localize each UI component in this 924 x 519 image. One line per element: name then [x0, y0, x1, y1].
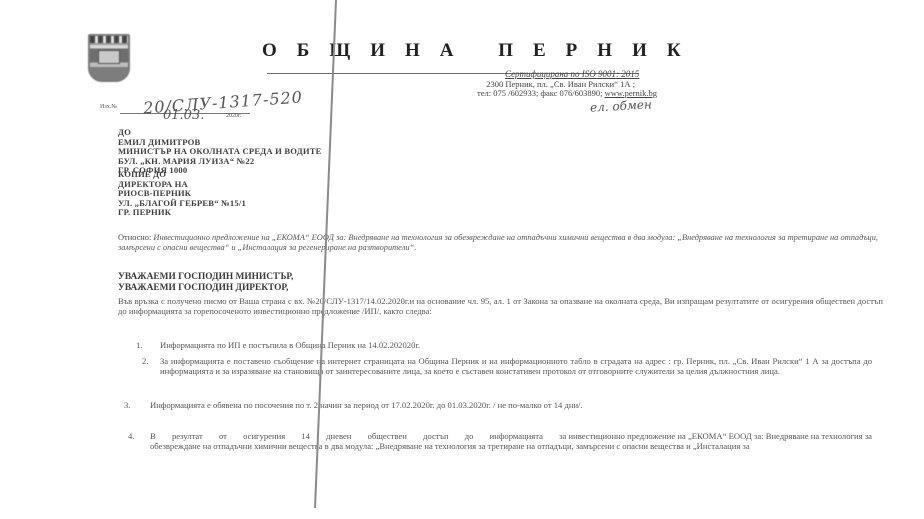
scan-fold-line: [0, 0, 924, 519]
scanned-letter-page: ОБЩИНА ПЕРНИК Сертифицирана по ISO 9001:…: [0, 0, 924, 519]
